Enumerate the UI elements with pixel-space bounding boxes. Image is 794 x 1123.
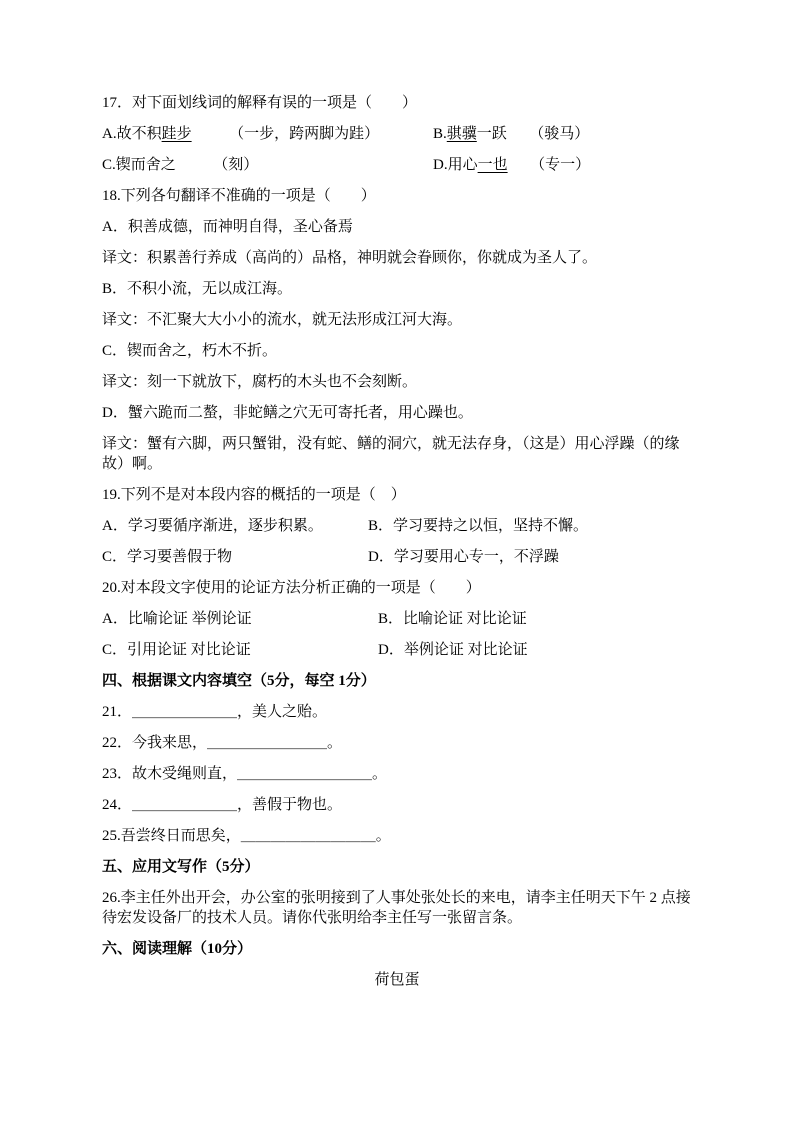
underlined-word: 一也: [478, 157, 508, 173]
option-gloss: 一跃 （骏马）: [477, 126, 590, 142]
question-18-option-b: B．不积小流，无以成江海。: [102, 279, 692, 299]
option-gloss: （专一）: [508, 157, 591, 173]
question-17-option-d: D.用心一也 （专一）: [433, 155, 692, 175]
question-20-stem: 20.对本段文字使用的论证方法分析正确的一项是（ ）: [102, 578, 692, 598]
question-17-stem: 17．对下面划线词的解释有误的一项是（ ）: [102, 93, 692, 113]
question-20-option-a: A．比喻论证 举例论证: [102, 609, 378, 629]
section-4-heading: 四、根据课文内容填空（5分，每空 1分）: [102, 671, 692, 691]
question-19-stem: 19.下列不是对本段内容的概括的一项是（ ）: [102, 485, 692, 505]
option-text: D.用心: [433, 157, 478, 173]
option-gloss: （一步，跨两脚为跬）: [192, 126, 380, 142]
question-23: 23．故木受绳则直，＿＿＿＿＿＿＿＿＿。: [102, 764, 692, 784]
question-18-translation-a: 译文：积累善行养成（高尚的）品格，神明就会眷顾你，你就成为圣人了。: [102, 248, 692, 268]
option-text: B.: [433, 126, 447, 142]
question-19-option-a: A．学习要循序渐进，逐步积累。: [102, 516, 368, 536]
underlined-word: 骐骥: [447, 126, 477, 142]
question-25: 25.吾尝终日而思矣，＿＿＿＿＿＿＿＿＿。: [102, 826, 692, 846]
question-19-options-row-2: C．学习要善假于物 D．学习要用心专一，不浮躁: [102, 547, 692, 567]
question-19-options-row-1: A．学习要循序渐进，逐步积累。 B．学习要持之以恒，坚持不懈。: [102, 516, 692, 536]
question-18-option-d: D．蟹六跪而二螯，非蛇鳝之穴无可寄托者，用心躁也。: [102, 403, 692, 423]
question-19-option-d: D．学习要用心专一，不浮躁: [368, 547, 692, 567]
question-21: 21．＿＿＿＿＿＿＿，美人之贻。: [102, 702, 692, 722]
question-18-translation-d: 译文：蟹有六脚，两只蟹钳，没有蛇、鳝的洞穴，就无法存身，（这是）用心浮躁（的缘故…: [102, 434, 692, 474]
question-20-option-c: C．引用论证 对比论证: [102, 640, 378, 660]
question-18-stem: 18.下列各句翻译不准确的一项是（ ）: [102, 186, 692, 206]
question-19-option-b: B．学习要持之以恒，坚持不懈。: [368, 516, 692, 536]
reading-passage-title: 荷包蛋: [102, 970, 692, 990]
question-24: 24．＿＿＿＿＿＿＿，善假于物也。: [102, 795, 692, 815]
question-20-option-b: B．比喻论证 对比论证: [378, 609, 692, 629]
question-20-options-row-2: C．引用论证 对比论证 D．举例论证 对比论证: [102, 640, 692, 660]
question-17-options-row-1: A.故不积跬步 （一步，跨两脚为跬） B.骐骥一跃 （骏马）: [102, 124, 692, 144]
question-22: 22．今我来思，＿＿＿＿＿＿＿＿。: [102, 733, 692, 753]
question-18-option-c: C．锲而舍之，朽木不折。: [102, 341, 692, 361]
question-17-option-b: B.骐骥一跃 （骏马）: [433, 124, 692, 144]
option-text: A.故不积: [102, 126, 162, 142]
question-26: 26.李主任外出开会，办公室的张明接到了人事处张处长的来电，请李主任明天下午 2…: [102, 888, 692, 928]
question-19-option-c: C．学习要善假于物: [102, 547, 368, 567]
question-20-option-d: D．举例论证 对比论证: [378, 640, 692, 660]
exam-document-page: 17．对下面划线词的解释有误的一项是（ ） A.故不积跬步 （一步，跨两脚为跬）…: [0, 0, 794, 1123]
question-18-translation-c: 译文：刻一下就放下，腐朽的木头也不会刻断。: [102, 372, 692, 392]
question-18-translation-b: 译文：不汇聚大大小小的流水，就无法形成江河大海。: [102, 310, 692, 330]
section-6-heading: 六、阅读理解（10分）: [102, 939, 692, 959]
section-5-heading: 五、应用文写作（5分）: [102, 857, 692, 877]
question-17-option-c: C.锲而舍之 （刻）: [102, 155, 433, 175]
question-17-option-a: A.故不积跬步 （一步，跨两脚为跬）: [102, 124, 433, 144]
option-text: C.锲而舍之 （刻）: [102, 157, 258, 173]
question-20-options-row-1: A．比喻论证 举例论证 B．比喻论证 对比论证: [102, 609, 692, 629]
underlined-word: 跬步: [162, 126, 192, 142]
question-18-option-a: A．积善成德，而神明自得，圣心备焉: [102, 217, 692, 237]
question-17-options-row-2: C.锲而舍之 （刻） D.用心一也 （专一）: [102, 155, 692, 175]
